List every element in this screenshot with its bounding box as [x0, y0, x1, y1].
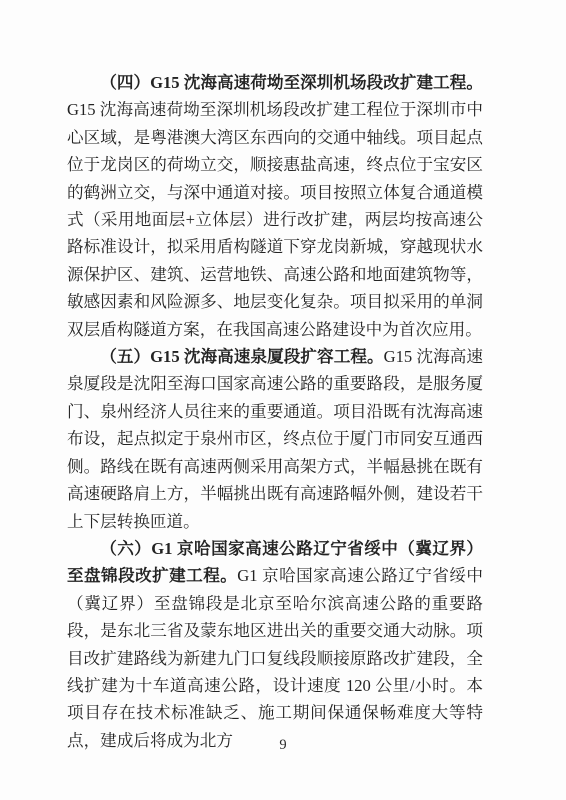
- paragraph: （六）G1 京哈国家高速公路辽宁省绥中（冀辽界）至盘锦段改扩建工程。G1 京哈国…: [67, 535, 483, 754]
- paragraph-text: G15 沈海高速荷坳至深圳机场段改扩建工程位于深圳市中心区域，是粤港澳大湾区东西…: [67, 100, 483, 338]
- paragraph: （五）G15 沈海高速泉厦段扩容工程。G15 沈海高速泉厦段是沈阳至海口国家高速…: [67, 343, 483, 535]
- paragraph-text: G1 京哈国家高速公路辽宁省绥中（冀辽界）至盘锦段是北京至哈尔滨高速公路的重要路…: [67, 566, 483, 749]
- paragraph-text: G15 沈海高速泉厦段是沈阳至海口国家高速公路的重要路段，是服务厦门、泉州经济人…: [67, 347, 483, 530]
- document-page: （四）G15 沈海高速荷坳至深圳机场段改扩建工程。G15 沈海高速荷坳至深圳机场…: [0, 0, 566, 800]
- paragraph-heading: （五）G15 沈海高速泉厦段扩容工程。: [100, 347, 383, 366]
- page-number: 9: [0, 736, 566, 754]
- paragraph-heading: （四）G15 沈海高速荷坳至深圳机场段改扩建工程。: [100, 73, 483, 92]
- paragraph: （四）G15 沈海高速荷坳至深圳机场段改扩建工程。G15 沈海高速荷坳至深圳机场…: [67, 69, 483, 343]
- document-body: （四）G15 沈海高速荷坳至深圳机场段改扩建工程。G15 沈海高速荷坳至深圳机场…: [67, 69, 483, 754]
